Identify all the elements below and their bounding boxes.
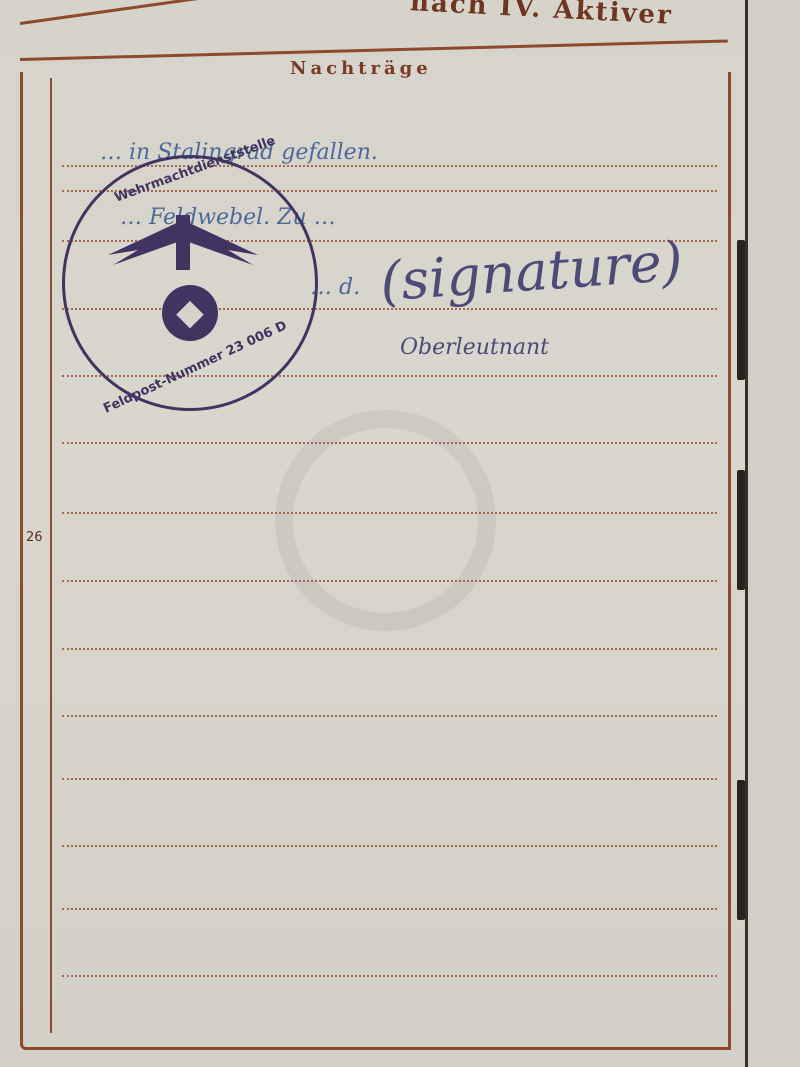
- ruled-line: [62, 715, 717, 717]
- ruled-line: [62, 580, 717, 582]
- ruled-line: [62, 512, 717, 514]
- wreath-emblem-icon: ◆: [162, 285, 218, 341]
- binding-clip: [737, 780, 745, 920]
- ruled-line: [62, 845, 717, 847]
- page-title: Nachträge: [290, 58, 432, 79]
- ruled-line: [62, 442, 717, 444]
- signature-rank: Oberleutnant: [400, 335, 549, 360]
- ruled-line: [62, 908, 717, 910]
- ruled-line: [62, 648, 717, 650]
- eagle-icon: [98, 210, 268, 270]
- ruled-line: [62, 975, 717, 977]
- ruled-line: [62, 778, 717, 780]
- page-number: 26: [26, 530, 43, 545]
- binding-clip: [737, 470, 745, 590]
- margin-line: [50, 78, 52, 1033]
- facing-page: 26: [745, 0, 800, 1067]
- binding-clip: [737, 240, 745, 380]
